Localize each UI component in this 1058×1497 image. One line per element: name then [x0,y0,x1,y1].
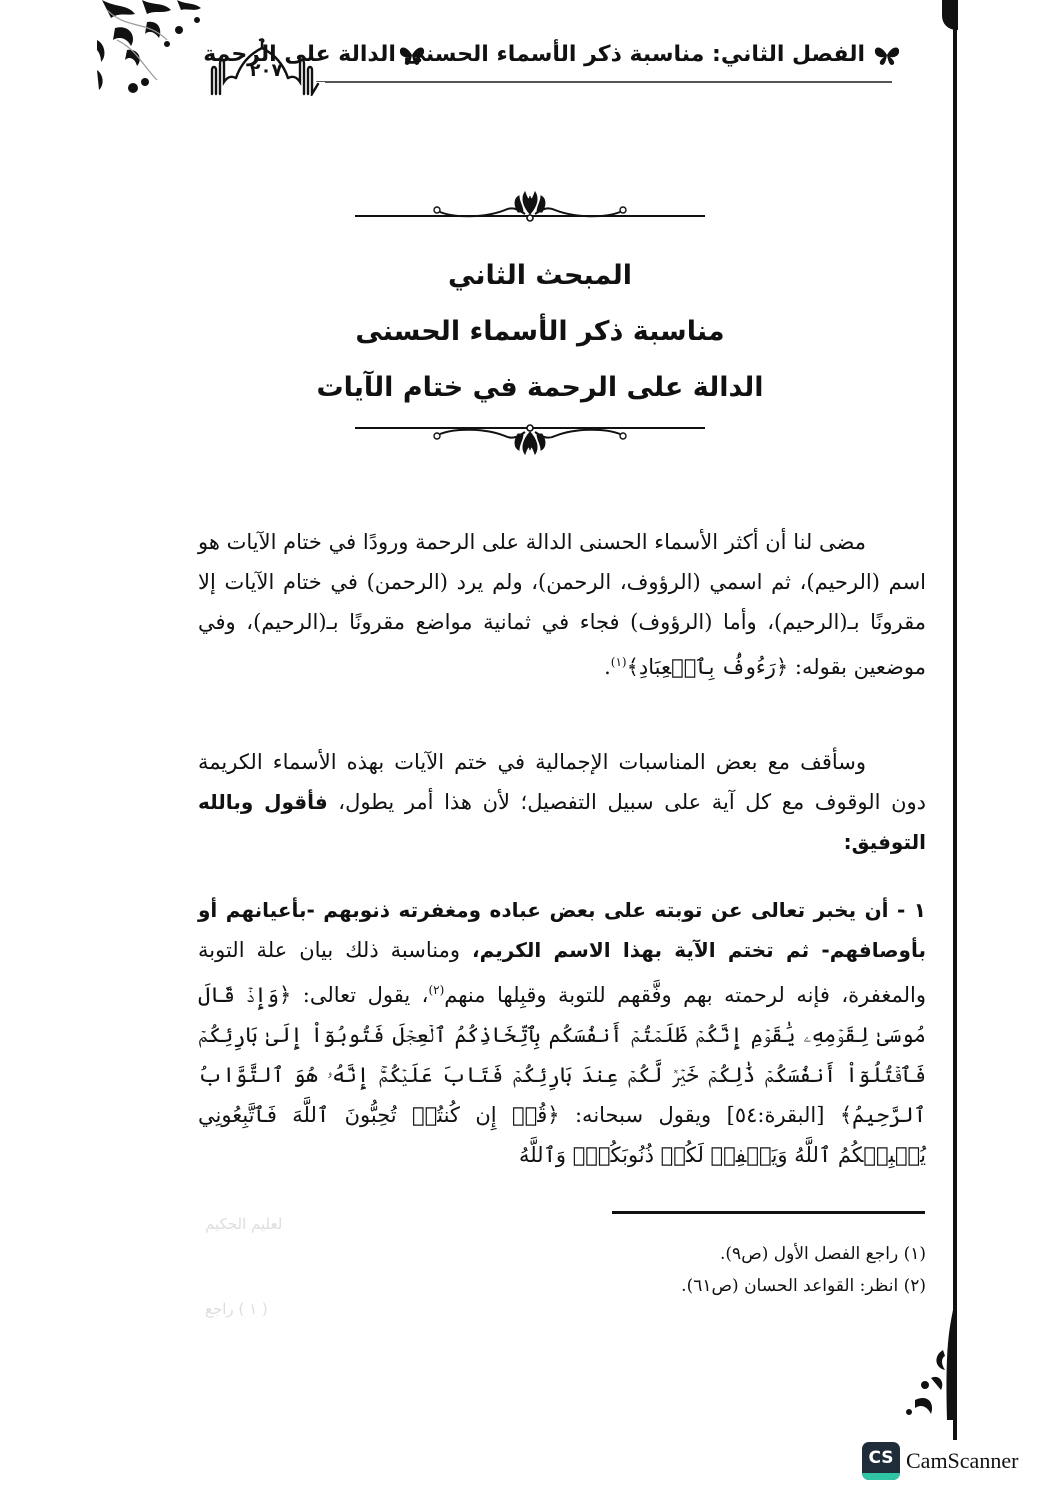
quran-quote: ﴿رَءُوفُۢ بِٱلۡعِبَادِ﴾ [627,655,789,679]
page-edge-line [953,0,957,1440]
section-title-line-3: الدالة على الرحمة في ختام الآيات [300,360,780,416]
body-paragraph-3: ١ - أن يخبر تعالى عن توبته على بعض عباده… [198,890,926,1175]
chapter-title: الفصل الثاني: مناسبة ذكر الأسماء الحسنى … [203,42,865,67]
section-title: المبحث الثاني مناسبة ذكر الأسماء الحسنى … [300,248,780,416]
section-ornament-bottom-icon [355,418,705,458]
butterfly-ornament-right-icon [874,44,900,66]
quran-citation: [البقرة:٥٤] [727,1103,840,1127]
bleed-through-footnote: ( ١ ) ﺭﺍﺟﻊ [205,1300,268,1318]
footnote-ref-1[interactable]: (١) [611,655,627,669]
footnote-2: (٢) انظر: القواعد الحسان (ص٦١). [198,1270,926,1302]
footnotes: (١) راجع الفصل الأول (ص٩). (٢) انظر: الق… [198,1238,926,1302]
camscanner-logo-icon: CS [862,1442,900,1480]
corner-ornament-bottom-right-icon [905,1290,955,1420]
header-rule [325,81,892,83]
section-ornament-top-icon [355,188,705,228]
body-paragraph-1: مضى لنا أن أكثر الأسماء الحسنى الدالة عل… [198,522,926,687]
paragraph-text: مضى لنا أن أكثر الأسماء الحسنى الدالة عل… [198,530,926,679]
body-paragraph-2: وسأقف مع بعض المناسبات الإجمالية في ختم … [198,742,926,862]
paragraph-text-2: ، يقول تعالى: [291,983,428,1007]
camscanner-name: CamScanner [906,1448,1018,1474]
section-title-line-2: مناسبة ذكر الأسماء الحسنى [300,304,780,360]
corner-ornament-top-left-icon [97,0,207,100]
running-header: ٢٠٧ الفصل الثاني: مناسبة ذكر الأسماء الح… [210,30,910,100]
footnote-ref-2[interactable]: (٢) [428,983,444,997]
bleed-through-text: ﻟﻌﻠﻴﻢ ﺍﻟﺤﻜﻴﻢ [205,1215,282,1233]
section-title-line-1: المبحث الثاني [300,248,780,304]
footnote-1: (١) راجع الفصل الأول (ص٩). [198,1238,926,1270]
paragraph-text-3: ويقول سبحانه: [560,1103,727,1127]
camscanner-watermark: CS CamScanner [862,1441,1018,1481]
footnote-separator [612,1211,925,1214]
scanned-book-page: ٢٠٧ الفصل الثاني: مناسبة ذكر الأسماء الح… [0,0,1058,1497]
paragraph-end: . [604,655,611,679]
